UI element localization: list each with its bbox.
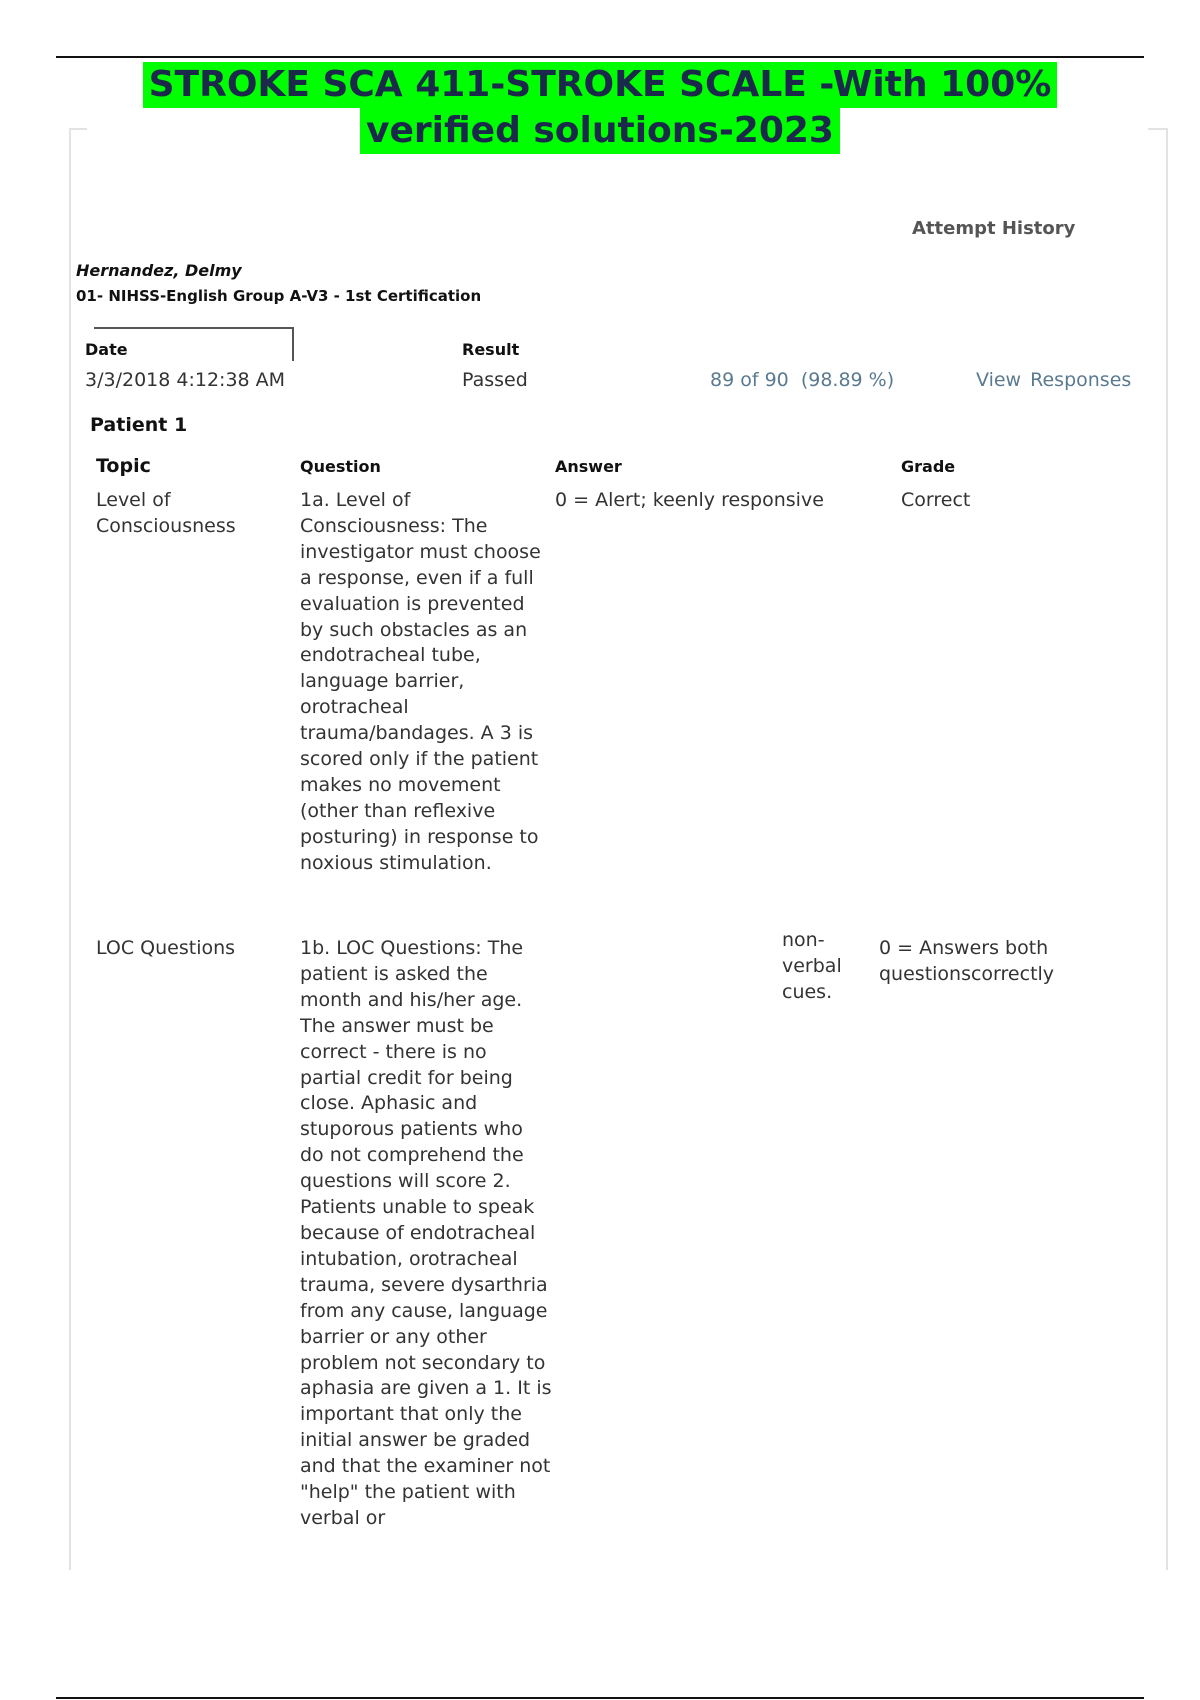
- grade-column-header: Grade: [901, 457, 955, 476]
- frame-right-border: [1166, 128, 1168, 1570]
- answer-column-header: Answer: [555, 457, 622, 476]
- attempt-score: 89 of 90 (98.89 %): [710, 369, 894, 391]
- row-1-answer: 0 = Alert; keenly responsive: [555, 488, 885, 514]
- row-2-answer: 0 = Answers both questionscorrectly: [879, 936, 1089, 988]
- attempt-date: 3/3/2018 4:12:38 AM: [85, 369, 285, 391]
- row-1-topic: Level of Consciousness: [96, 488, 286, 540]
- row-2-question-overflow: non-verbal cues.: [782, 928, 844, 1006]
- date-header-divider: [292, 327, 294, 361]
- topic-column-header: Topic: [96, 455, 151, 477]
- result-column-header: Result: [462, 340, 519, 359]
- title-line-2: verified solutions-2023: [360, 108, 840, 154]
- row-1-question: 1a. Level of Consciousness: The investig…: [300, 488, 552, 877]
- row-2-topic: LOC Questions: [96, 936, 286, 962]
- patient-heading: Patient 1: [90, 414, 187, 436]
- question-column-header: Question: [300, 457, 381, 476]
- title-line-1: STROKE SCA 411-STROKE SCALE -With 100%: [143, 62, 1058, 108]
- view-responses-link[interactable]: View Responses: [976, 369, 1131, 391]
- attempt-result: Passed: [462, 369, 528, 391]
- document-title: STROKE SCA 411-STROKE SCALE -With 100% v…: [0, 62, 1200, 154]
- frame-right-corner: [1148, 128, 1166, 130]
- date-column-header: Date: [85, 340, 128, 359]
- top-rule: [56, 56, 1144, 58]
- row-2-question: 1b. LOC Questions: The patient is asked …: [300, 936, 552, 1532]
- frame-left-corner: [69, 128, 87, 130]
- row-1-grade: Correct: [901, 488, 970, 514]
- frame-left-border: [69, 128, 71, 1570]
- date-header-border: [94, 327, 294, 329]
- attempt-history-heading: Attempt History: [912, 218, 1075, 239]
- bottom-rule: [56, 1697, 1144, 1699]
- course-name: 01- NIHSS-English Group A-V3 - 1st Certi…: [76, 287, 481, 305]
- learner-name: Hernandez, Delmy: [76, 261, 242, 280]
